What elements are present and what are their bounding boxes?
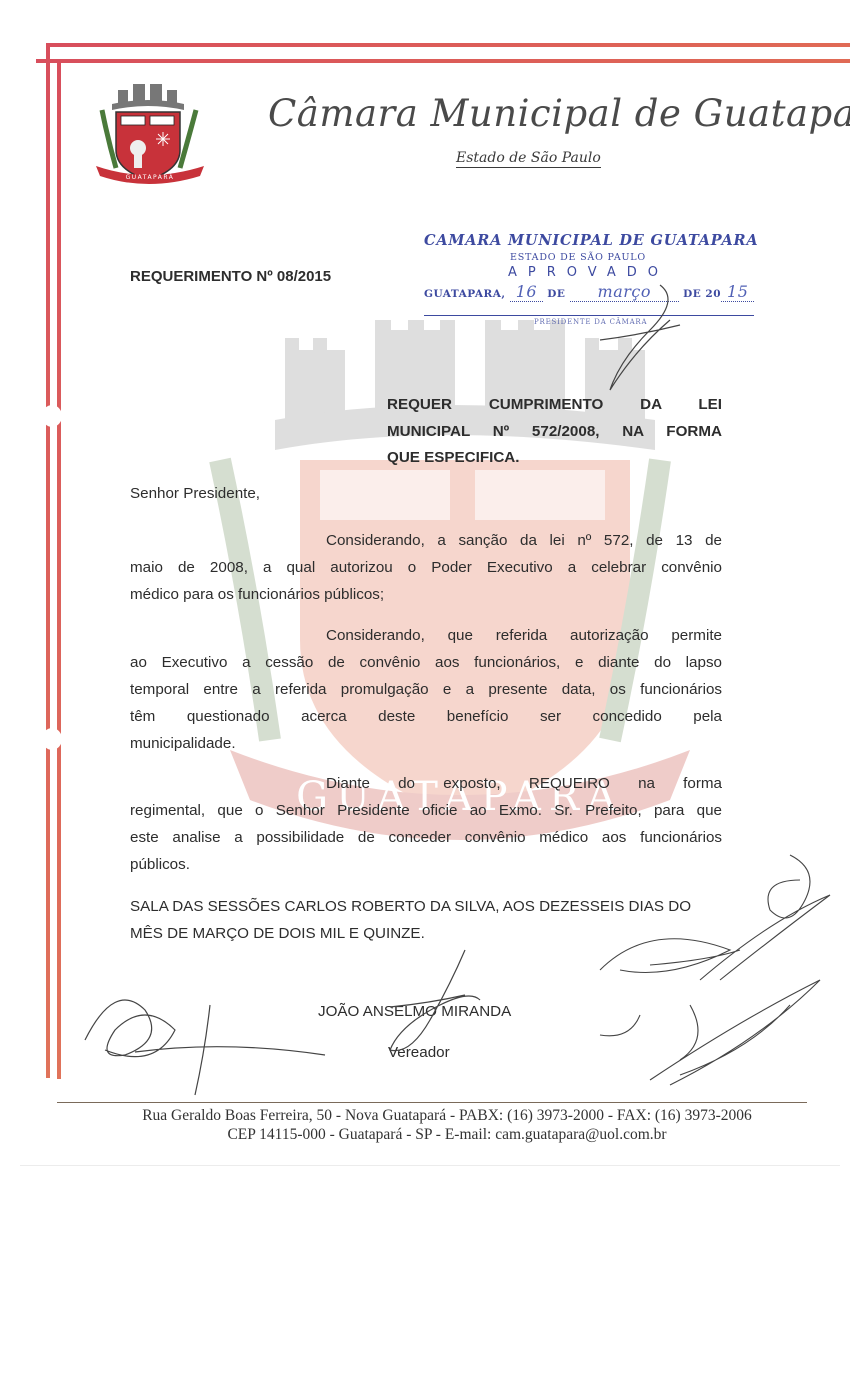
councillor-signatures-right [590,840,840,1100]
paragraph-line: públicos. [130,851,722,878]
ementa: REQUER CUMPRIMENTO DA LEI MUNICIPAL Nº 5… [387,392,722,472]
paragraph-line: regimental, que o Senhor Presidente ofic… [130,797,722,824]
stamp-signature-label: PRESIDENTE DA CÂMARA [534,318,764,326]
stamp-year: 15 [721,282,754,302]
letterhead-border-left-inner [57,59,61,1079]
state-subtitle: Estado de São Paulo [456,150,601,168]
municipal-crest-logo: GUATAPARÁ [88,80,213,188]
stamp-institution: CAMARA MUNICIPAL DE GUATAPARA [424,232,764,249]
ementa-line: QUE ESPECIFICA. [387,445,722,472]
stamp-day: 16 [510,282,543,302]
paragraph-line: municipalidade. [130,730,722,757]
paragraph-line: este analise a possibilidade de conceder… [130,824,722,851]
paragraph-2: Considerando, que referida autorização p… [130,622,722,757]
punch-hole-top [42,405,62,427]
closing-statement: SALA DAS SESSÕES CARLOS ROBERTO DA SILVA… [130,893,722,947]
footer-divider [57,1102,807,1103]
requerimento-number: REQUERIMENTO Nº 08/2015 [130,268,331,285]
svg-text:GUATAPARÁ: GUATAPARÁ [126,174,175,181]
stamp-place: GUATAPARA, [424,288,506,300]
punch-hole-bottom [42,728,62,750]
stamp-month: março [570,282,679,302]
paragraph-line: maio de 2008, a qual autorizou o Poder E… [130,554,722,581]
stamp-de1: DE [547,288,565,300]
paragraph-line: Considerando, que referida autorização p… [130,622,722,649]
paragraph-line: ao Executivo a cessão de convênio aos fu… [130,649,722,676]
councillor-signature-left [75,960,335,1100]
ementa-line: MUNICIPAL Nº 572/2008, NA FORMA [387,419,722,446]
stamp-date-line: GUATAPARA, 16 DE março DE 2015 [424,282,764,301]
closing-line: SALA DAS SESSÕES CARLOS ROBERTO DA SILVA… [130,893,722,920]
stamp-state: ESTADO DE SÃO PAULO [510,252,764,263]
greeting: Senhor Presidente, [130,485,260,502]
paragraph-1: Considerando, a sanção da lei nº 572, de… [130,527,722,608]
institution-title: Câmara Municipal de Guatapará [268,92,850,135]
stamp-signature-line [424,315,754,316]
letterhead-border-top-inner [46,43,850,47]
ementa-line: REQUER CUMPRIMENTO DA LEI [387,392,722,419]
stamp-de2: DE 20 [683,288,721,300]
letterhead-border-top-outer [36,59,850,63]
scan-page-edge [20,1165,840,1166]
paragraph-3: Diante do exposto, REQUEIRO na forma reg… [130,770,722,878]
paragraph-line: Diante do exposto, REQUEIRO na forma [130,770,722,797]
stamp-status: APROVADO [508,265,764,280]
paragraph-line: têm questionado acerca deste benefício s… [130,703,722,730]
closing-line: MÊS DE MARÇO DE DOIS MIL E QUINZE. [130,920,722,947]
footer-address: Rua Geraldo Boas Ferreira, 50 - Nova Gua… [57,1106,837,1125]
paragraph-line: médico para os funcionários públicos; [130,581,722,608]
signer-name: JOÃO ANSELMO MIRANDA [318,1003,511,1020]
letterhead-footer: Rua Geraldo Boas Ferreira, 50 - Nova Gua… [57,1106,837,1144]
paragraph-line: temporal entre a referida promulgação e … [130,676,722,703]
paragraph-line: Considerando, a sanção da lei nº 572, de… [130,527,722,554]
letterhead-border-left-outer [46,43,50,1078]
signer-role: Vereador [388,1044,450,1061]
approval-stamp: CAMARA MUNICIPAL DE GUATAPARA ESTADO DE … [424,232,764,326]
footer-contact: CEP 14115-000 - Guatapará - SP - E-mail:… [57,1125,837,1144]
